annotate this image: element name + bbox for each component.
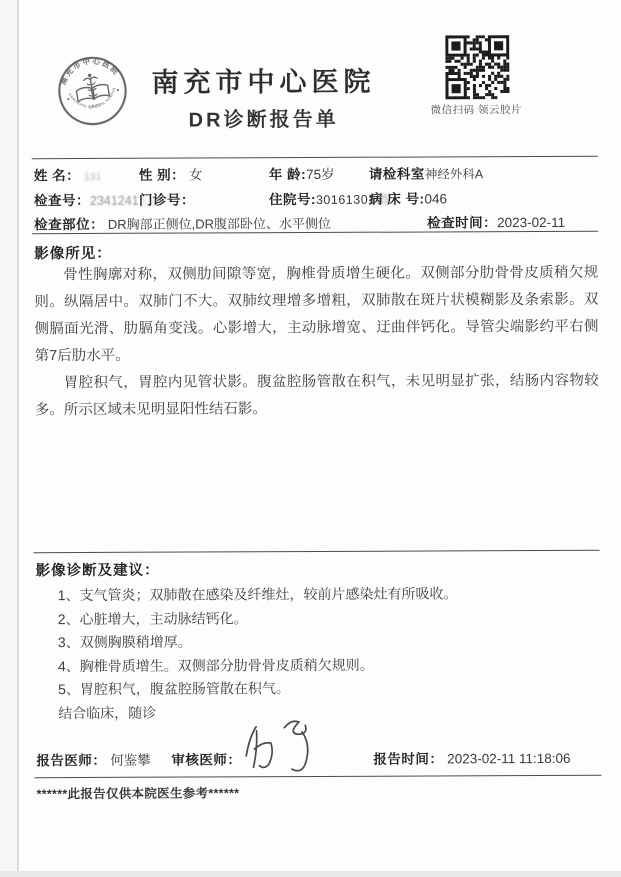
department-label: 请检科室 [369,166,425,181]
report-time-label: 报告时间： [373,751,443,766]
qr-code [445,35,509,99]
report-time-value: 2023-02-11 11:18:06 [447,751,570,767]
bed-no-label: 病 床 号: [369,192,425,207]
diagnosis-heading: 影像诊断及建议： [36,559,160,581]
patient-row-1: 姓 名： 131 [34,164,102,184]
exam-no-label: 检查号： [34,193,90,208]
findings-paragraph-1: 骨性胸廓对称，双侧肋间隙等宽，胸椎骨质增生硬化。双侧部分肋骨骨皮质稍欠规则。纵隔… [34,260,598,370]
name-label: 姓 名： [34,168,80,183]
exam-no-value: 2341241 [90,194,139,208]
diagnosis-item: 3、双侧胸膜稍增厚。 [58,629,598,655]
department-value: 神经外科A [425,167,483,181]
hospital-name: 南充市中心医院 [108,60,418,100]
age-value: 75岁 [306,167,335,182]
report-page: 南充市中心医院 NANCHONG CENTRAL HOSPITAL 1937 南… [0,0,621,877]
exam-time-label: 检查时间： [427,215,497,230]
divider-diagnosis [33,550,599,553]
bed-no-value: 046 [424,191,447,206]
gender-value: 女 [189,167,203,182]
report-doctor-value: 何鉴攀 [110,753,151,768]
findings-heading: 影像所见： [34,242,112,263]
diagnosis-item: 1、支气管炎；双肺散在感染及纤维灶，较前片感染灶有所吸收。 [58,582,598,608]
findings-body: 骨性胸廓对称，双侧肋间隙等宽，胸椎骨质增生硬化。双侧部分肋骨骨皮质稍欠规则。纵隔… [34,260,599,424]
divider-footer [34,775,601,778]
disclaimer-text: ******此报告仅供本院医生参考****** [37,783,240,802]
report-doctor-label: 报告医师： [36,753,106,768]
outpatient-no-label: 门诊号： [139,193,195,208]
department-field: 请检科室神经外科A [369,162,483,182]
name-value: 131 [84,171,102,183]
outpatient-no-field: 门诊号： [139,189,195,209]
admission-no-label: 住院号: [269,192,316,207]
diagnosis-item: 4、胸椎骨质增生。双侧部分肋骨骨皮质稍欠规则。 [58,652,598,678]
bed-no-field: 病 床 号:046 [369,187,447,207]
diagnosis-item: 5、胃腔积气，腹盆腔肠管散在积气。 [58,676,598,702]
qr-caption: 微信扫码 领云胶片 [431,102,541,117]
diagnosis-list: 1、支气管炎；双肺散在感染及纤维灶，较前片感染灶有所吸收。 2、心脏增大，主动脉… [58,582,599,725]
seal-year: 1937 [88,102,102,109]
reviewer-signature [228,707,335,785]
admission-no-value: 30161301 [316,193,376,207]
age-label: 年 龄: [269,167,306,182]
findings-paragraph-2: 胃腔积气，胃腔内见管状影。腹盆腔肠管散在积气，未见明显扩张，结肠内容物较多。所示… [35,368,599,424]
exam-time-field: 检查时间：2023-02-11 [427,211,565,232]
report-time-field: 报告时间： 2023-02-11 11:18:06 [373,747,570,768]
diagnosis-item: 2、心脏增大，主动脉结钙化。 [58,605,598,631]
body-part-value: DR胸部正侧位,DR腹部卧位、水平侧位 [108,216,331,232]
report-doctor-field: 报告医师： 何鉴攀 [36,749,150,769]
gender-label: 性 别： [139,168,185,183]
report-content: 南充市中心医院 NANCHONG CENTRAL HOSPITAL 1937 南… [0,0,621,877]
review-doctor-label: 审核医师： [171,752,241,767]
age-field: 年 龄:75岁 [269,163,335,183]
report-title: DR诊断报告单 [109,103,419,133]
exam-time-value: 2023-02-11 [497,215,565,230]
body-part-label: 检查部位： [34,217,104,232]
body-part-field: 检查部位： DR胸部正侧位,DR腹部卧位、水平侧位 [34,212,331,233]
divider-top [32,156,598,159]
gender-field: 性 别： 女 [139,163,203,183]
